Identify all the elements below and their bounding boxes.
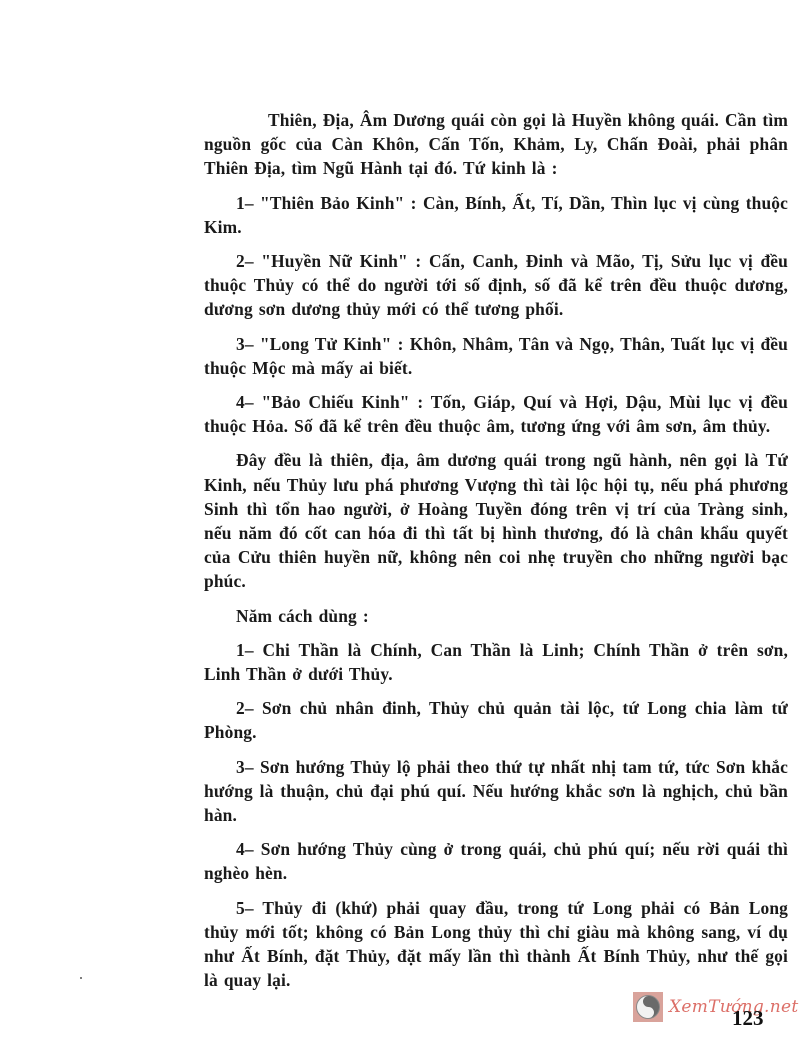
yin-yang-icon xyxy=(636,995,660,1019)
intro-paragraph: Thiên, Địa, Âm Dương quái còn gọi là Huy… xyxy=(204,108,788,181)
usage-2-paragraph: 2– Sơn chủ nhân đinh, Thủy chủ quản tài … xyxy=(204,696,788,744)
kinh-3-paragraph: 3– "Long Tử Kinh" : Khôn, Nhâm, Tân và N… xyxy=(204,332,788,380)
usage-3-paragraph: 3– Sơn hướng Thủy lộ phải theo thứ tự nh… xyxy=(204,755,788,828)
book-page: Thiên, Địa, Âm Dương quái còn gọi là Huy… xyxy=(0,0,800,1042)
watermark: XemTướng.net xyxy=(633,990,798,1024)
kinh-1-paragraph: 1– "Thiên Bảo Kinh" : Càn, Bính, Ất, Tí,… xyxy=(204,191,788,239)
usage-1-paragraph: 1– Chi Thần là Chính, Can Thần là Linh; … xyxy=(204,638,788,686)
usage-heading: Năm cách dùng : xyxy=(204,604,788,628)
page-number: 123 xyxy=(732,1006,764,1031)
kinh-4-paragraph: 4– "Bảo Chiếu Kinh" : Tốn, Giáp, Quí và … xyxy=(204,390,788,438)
summary-paragraph: Đây đều là thiên, địa, âm dương quái tro… xyxy=(204,448,788,593)
scan-speck xyxy=(80,977,82,979)
watermark-logo xyxy=(633,992,663,1022)
usage-4-paragraph: 4– Sơn hướng Thủy cùng ở trong quái, chủ… xyxy=(204,837,788,885)
kinh-2-paragraph: 2– "Huyền Nữ Kinh" : Cấn, Canh, Đinh và … xyxy=(204,249,788,322)
text-column: Thiên, Địa, Âm Dương quái còn gọi là Huy… xyxy=(204,108,788,1003)
usage-5-paragraph: 5– Thủy đi (khứ) phải quay đầu, trong tứ… xyxy=(204,896,788,993)
